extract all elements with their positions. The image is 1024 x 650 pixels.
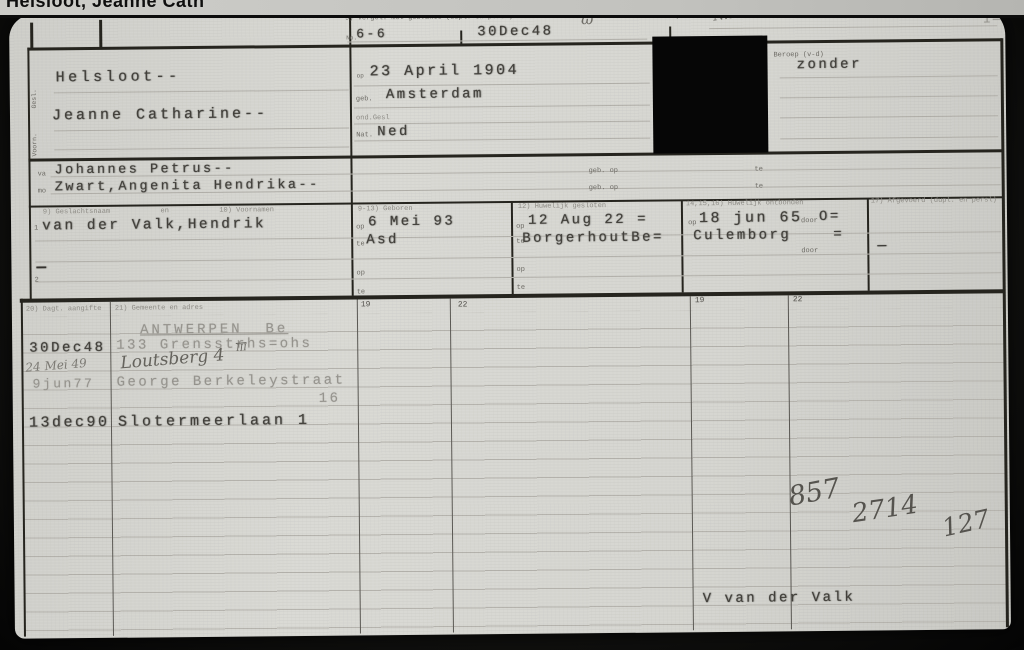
- redacted-photo-area: [652, 36, 768, 154]
- rule-line: [54, 90, 349, 94]
- married-header: 12) Huwelijk gesloten: [518, 202, 606, 211]
- rule-line: [35, 252, 1001, 262]
- reg-row-3-address: George Berkeleystraat: [116, 373, 345, 391]
- col-19-a: 19: [361, 300, 371, 309]
- surname: Helsloot--: [56, 68, 181, 86]
- reg-row-2-sup: III: [236, 343, 247, 354]
- married-te2: te: [517, 284, 525, 292]
- born-op: op: [356, 223, 364, 231]
- marriage-row1-num: 1: [34, 225, 38, 233]
- te-2: te: [755, 183, 763, 191]
- voorn-label: Voorn.: [31, 113, 38, 157]
- married-date: 12 Aug 22 =: [528, 212, 648, 229]
- grid-line: [29, 196, 1004, 207]
- dissolved-date: 18 jun 65: [699, 209, 803, 227]
- afgevoerd-dash: —: [877, 237, 889, 254]
- marriage-name-header: 9) Geslachtsnaam en 10) Voornamen: [43, 206, 274, 216]
- geb-op-1: geb. op: [589, 167, 618, 175]
- birth-op-label: op: [357, 72, 364, 79]
- dissolved-header: 14,15,16) Huwelijk ontbonden: [686, 199, 804, 208]
- kerk-label: ond.Gesl: [356, 114, 390, 122]
- reg-row-3-date: 9jun77: [33, 376, 95, 392]
- reg-address-header: 21) Gemeente en adres: [115, 304, 203, 313]
- reg-date-header: 20) Dagt. aangifte: [26, 305, 102, 314]
- no-value: 6-6: [356, 26, 387, 41]
- reg-row-4-address: Slotermeerlaan 1: [118, 412, 310, 431]
- app-title: Helsloot, Jeanne Cath: [6, 0, 205, 12]
- beroep-value: zonder: [796, 57, 862, 74]
- col-22-b: 22: [793, 295, 803, 304]
- grid-line: [351, 204, 354, 296]
- rule-line: [354, 105, 650, 109]
- born-date: 6 Mei 93: [368, 214, 455, 231]
- afgevoerd-header: 17) Afgevoerd (dupl. en persl): [871, 196, 997, 205]
- birth-date: 23 April 1904: [370, 62, 520, 80]
- rule-line: [780, 115, 998, 118]
- reg-row-4-date: 13dec90: [29, 414, 110, 432]
- rule-line: [780, 75, 998, 78]
- door-label-1: door: [801, 217, 818, 225]
- te-1: te: [755, 166, 763, 174]
- father-label: va: [38, 170, 46, 178]
- grid-line: [511, 202, 514, 294]
- reg-row-1-date: 30Dec48: [29, 340, 105, 357]
- grid-line: [30, 23, 33, 49]
- father-name: Johannes Petrus--: [54, 162, 234, 179]
- dissolved-op: op: [688, 219, 696, 227]
- scanned-person-card: 9) Vergel. met geb.akte (dupl. en persl)…: [9, 5, 1011, 639]
- dissolved-equals: =: [833, 227, 844, 243]
- rule-line: [709, 25, 997, 29]
- born-te: te: [356, 240, 364, 248]
- given-names: Jeanne Catharine--: [52, 105, 268, 124]
- marriage-row2-dash: —: [36, 258, 48, 276]
- grid-line: [681, 200, 684, 292]
- spouse-name: van der Valk,Hendrik: [42, 216, 266, 234]
- birth-place: Amsterdam: [386, 86, 484, 103]
- signature-valk: V van der Valk: [703, 590, 856, 607]
- nat-label: Nat.: [356, 131, 373, 139]
- geb-op-2: geb. op: [589, 184, 618, 192]
- grid-line: [867, 199, 870, 291]
- gesl-label: Gesl.: [31, 65, 38, 109]
- col-22-a: 22: [458, 300, 468, 309]
- mother-name: Zwart,Angenita Hendrika--: [55, 178, 320, 196]
- marriage-row2-num: 2: [35, 277, 39, 285]
- married-place: BorgerhoutBe=: [522, 230, 664, 247]
- married-op: op: [516, 223, 524, 231]
- reg-row-3-wrap: 16: [319, 391, 341, 407]
- born-header: 9-13) Geboren: [358, 205, 413, 214]
- rule-line: [780, 95, 998, 98]
- born-op2: op: [356, 269, 364, 277]
- rule-line: [54, 147, 349, 151]
- col-19-b: 19: [695, 296, 705, 305]
- geb-label: geb.: [356, 95, 373, 103]
- nationality: Ned: [377, 124, 410, 140]
- grid-line: [28, 149, 1003, 161]
- dissolved-by: O=: [819, 209, 841, 225]
- rule-line: [54, 128, 349, 132]
- married-op2: op: [516, 266, 524, 274]
- grid-line: [460, 30, 462, 44]
- rule-line: [780, 136, 998, 139]
- born-place: Asd: [366, 232, 399, 248]
- app-header-bar: Helsloot, Jeanne Cath: [0, 0, 1024, 18]
- akte-date: 30Dec48: [477, 24, 553, 41]
- dissolved-place: Culemborg: [693, 227, 791, 244]
- grid-line: [99, 20, 102, 48]
- rule-line: [354, 83, 650, 87]
- door-label-2: door: [801, 247, 818, 255]
- born-te2: te: [357, 288, 365, 296]
- mother-label: mo: [38, 187, 46, 195]
